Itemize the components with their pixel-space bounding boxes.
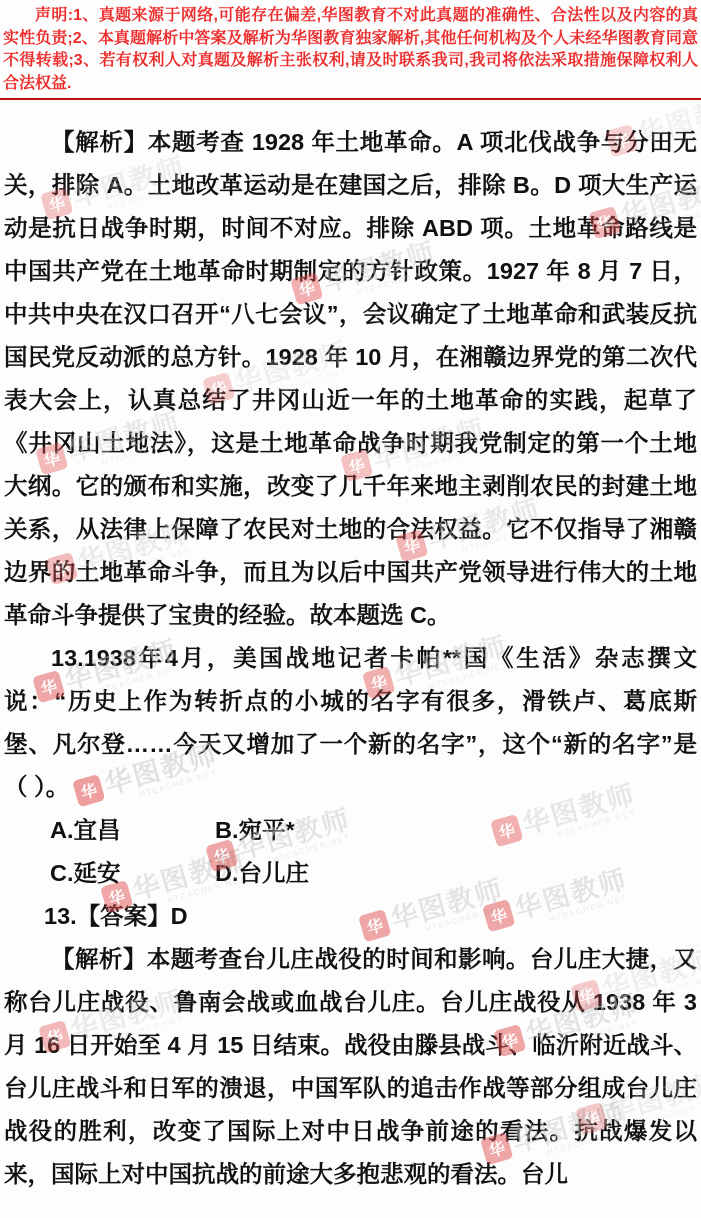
question-13-options: A.宜昌 B.宛平* C.延安 D.台儿庄 bbox=[50, 809, 701, 895]
options-row: C.延安 D.台儿庄 bbox=[50, 852, 701, 895]
option-d: D.台儿庄 bbox=[215, 852, 309, 895]
question-13-paragraph: 13.1938年4月，美国战地记者卡帕**国《生活》杂志撰文说：“历史上作为转折… bbox=[0, 637, 701, 809]
option-a: A.宜昌 bbox=[50, 809, 215, 852]
disclaimer-text: 1、真题来源于网络,可能存在偏差,华图教育不对此真题的准确性、合法性以及内容的真… bbox=[3, 7, 698, 92]
option-b: B.宛平* bbox=[215, 809, 295, 852]
answer-13-line: 13.【答案】D bbox=[44, 895, 701, 938]
options-row: A.宜昌 B.宛平* bbox=[50, 809, 701, 852]
disclaimer-paragraph: 声明:1、真题来源于网络,可能存在偏差,华图教育不对此真题的准确性、合法性以及内… bbox=[0, 0, 701, 95]
analysis-q12-paragraph: 【解析】本题考查 1928 年土地革命。A 项北伐战争与分田无关，排除 A。土地… bbox=[0, 121, 701, 637]
disclaimer-label: 声明: bbox=[35, 7, 73, 24]
option-c: C.延安 bbox=[50, 852, 215, 895]
analysis-q13-paragraph: 【解析】本题考查台儿庄战役的时间和影响。台儿庄大捷，又称台儿庄战役、鲁南会战或血… bbox=[0, 938, 701, 1196]
red-divider bbox=[0, 98, 701, 100]
document-page: 声明:1、真题来源于网络,可能存在偏差,华图教育不对此真题的准确性、合法性以及内… bbox=[0, 0, 701, 1196]
